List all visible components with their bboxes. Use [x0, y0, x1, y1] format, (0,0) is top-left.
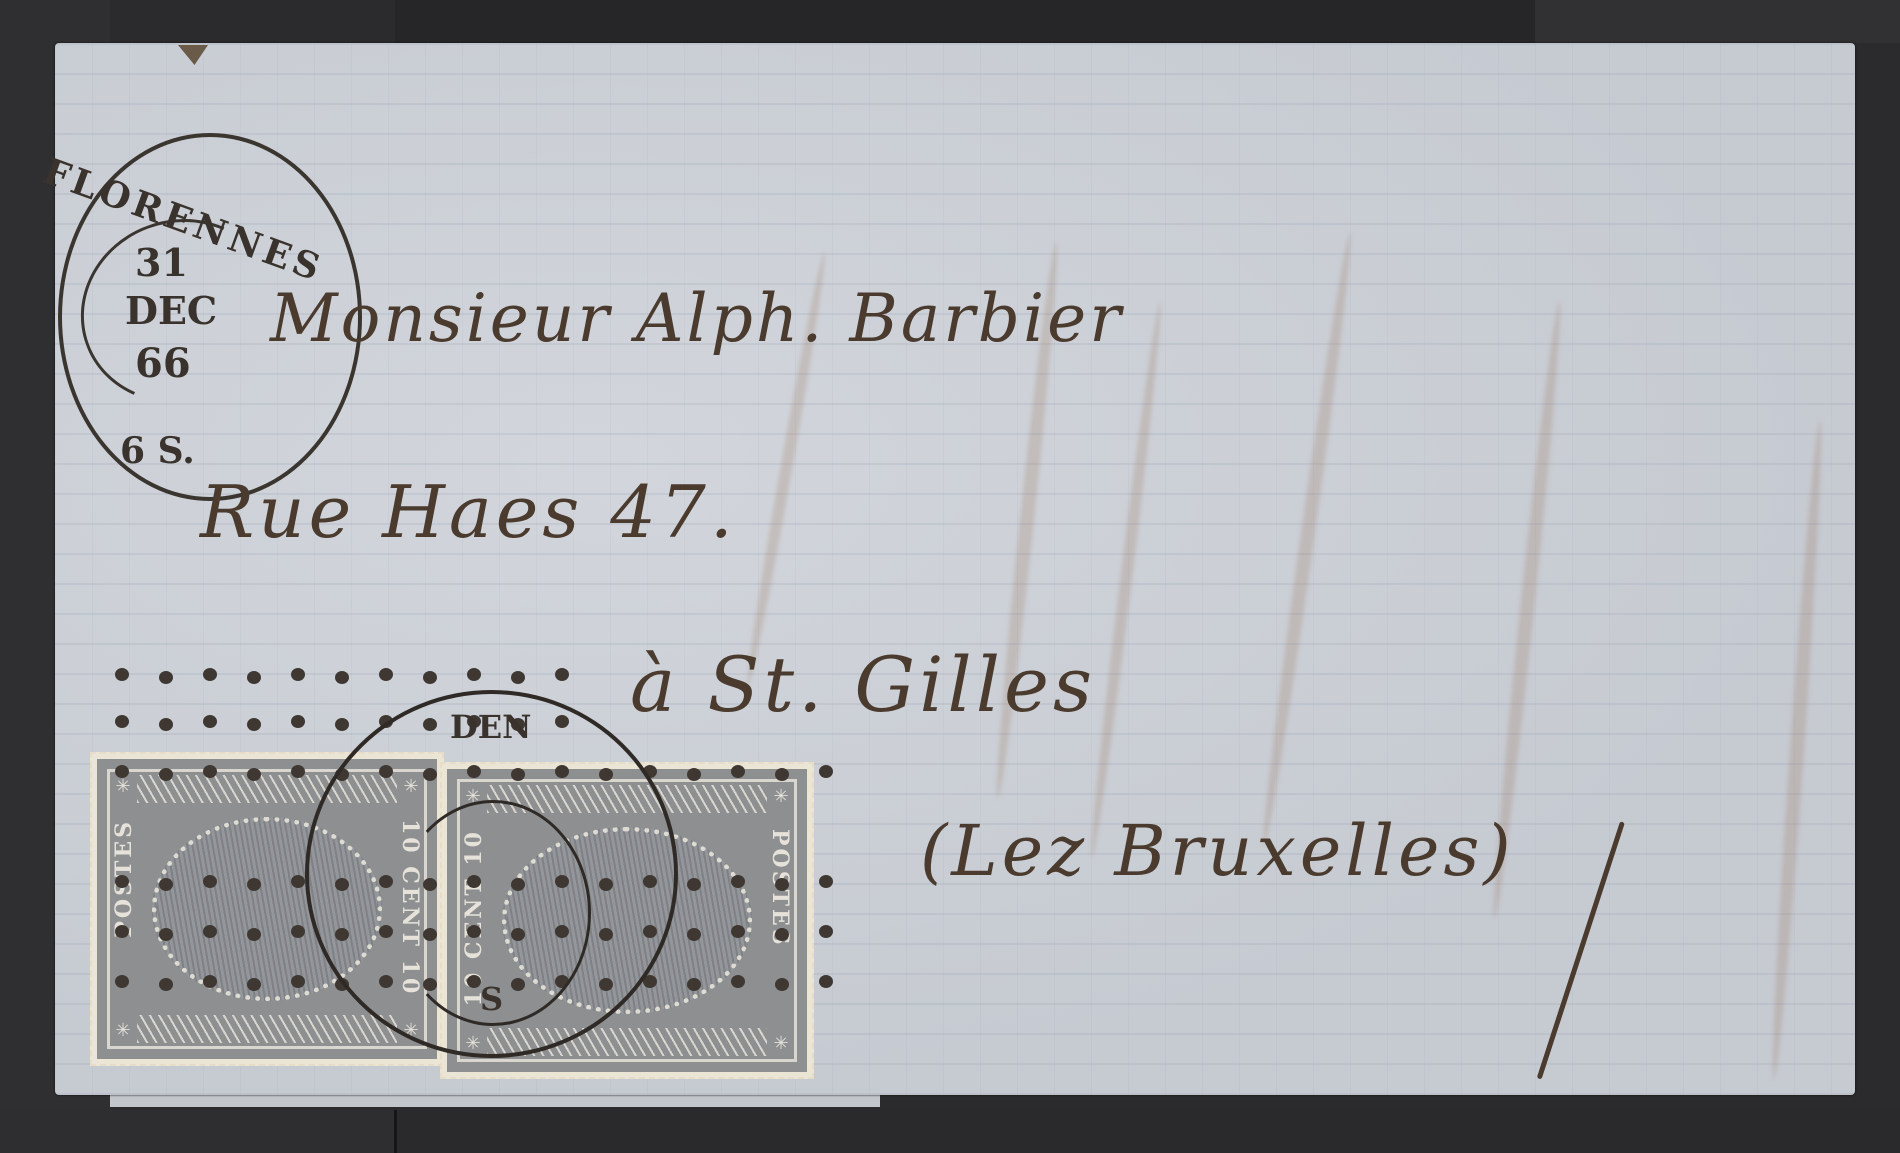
cancellation-dot: [159, 671, 173, 684]
cancellation-dot: [467, 668, 481, 681]
cancellation-dot: [687, 928, 701, 941]
cancellation-dot: [115, 765, 129, 778]
postmark-day: 31: [135, 240, 188, 285]
cancellation-dot: [203, 975, 217, 988]
cancellation-dot: [159, 878, 173, 891]
cancellation-dot: [203, 765, 217, 778]
cancellation-dot: [203, 925, 217, 938]
cancellation-dot: [203, 875, 217, 888]
cancellation-dot: [115, 925, 129, 938]
stamp-border-pattern: [137, 1015, 397, 1043]
cancellation-dot: [819, 925, 833, 938]
cancellation-dot: [555, 668, 569, 681]
cancellation-dot: [203, 668, 217, 681]
cancellation-dot: [291, 875, 305, 888]
cancellation-dot: [335, 718, 349, 731]
cancellation-dot: [247, 878, 261, 891]
cancellation-dot: [159, 768, 173, 781]
cancellation-dot: [247, 768, 261, 781]
cancellation-dot: [291, 668, 305, 681]
cancellation-dot: [115, 875, 129, 888]
cancellation-dot: [247, 718, 261, 731]
cancellation-dot: [819, 975, 833, 988]
background-panel: [1535, 0, 1900, 43]
cancellation-dot: [775, 928, 789, 941]
cancellation-dot: [731, 925, 745, 938]
cancellation-dot: [159, 928, 173, 941]
stamp-corner-ornament-icon: ✳: [111, 1019, 135, 1043]
background-panel: [0, 1110, 395, 1153]
cancellation-dot: [731, 765, 745, 778]
cancellation-dot: [731, 975, 745, 988]
cancellation-dot: [775, 878, 789, 891]
postmark-year: 66: [135, 340, 191, 387]
address-line-3: à St. Gilles: [630, 640, 1096, 729]
cancellation-dot: [291, 925, 305, 938]
cancellation-dot: [379, 668, 393, 681]
envelope-flap: [110, 1095, 880, 1107]
cancellation-dot: [291, 715, 305, 728]
postmark-secondary-text: DEN: [450, 708, 531, 746]
address-line-2: Rue Haes 47.: [200, 470, 737, 554]
cancellation-dot: [291, 765, 305, 778]
postmark-month: DEC: [125, 288, 217, 333]
stamp-corner-ornament-icon: ✳: [111, 775, 135, 799]
cancellation-dot: [115, 668, 129, 681]
stamp-corner-ornament-icon: ✳: [769, 1032, 793, 1056]
background-panel: [395, 1110, 1900, 1153]
postmark-time: 6 S.: [120, 430, 195, 472]
cancellation-dot: [115, 715, 129, 728]
cancellation-dot: [819, 765, 833, 778]
cancellation-dot: [291, 975, 305, 988]
cancellation-dot: [247, 671, 261, 684]
background-panel: [395, 0, 1535, 43]
cancellation-dot: [775, 978, 789, 991]
background-seam: [394, 1110, 397, 1153]
address-line-1: Monsieur Alph. Barbier: [270, 280, 1124, 357]
cancellation-dot: [159, 718, 173, 731]
cancellation-dot: [775, 768, 789, 781]
stamp-corner-ornament-icon: ✳: [769, 785, 793, 809]
cancellation-dot: [731, 875, 745, 888]
cancellation-dot: [423, 671, 437, 684]
cancellation-dot: [247, 978, 261, 991]
cancellation-dot: [687, 978, 701, 991]
cancellation-dot: [511, 671, 525, 684]
postmark-secondary-time: S: [480, 980, 503, 1018]
cancellation-dot: [203, 715, 217, 728]
cancellation-dot: [335, 671, 349, 684]
cancellation-dot: [115, 975, 129, 988]
address-line-4: (Lez Bruxelles): [920, 810, 1515, 892]
cancellation-dot: [247, 928, 261, 941]
cancellation-dot: [819, 875, 833, 888]
cancellation-dot: [159, 978, 173, 991]
cancellation-dot: [687, 878, 701, 891]
cancellation-dot: [687, 768, 701, 781]
